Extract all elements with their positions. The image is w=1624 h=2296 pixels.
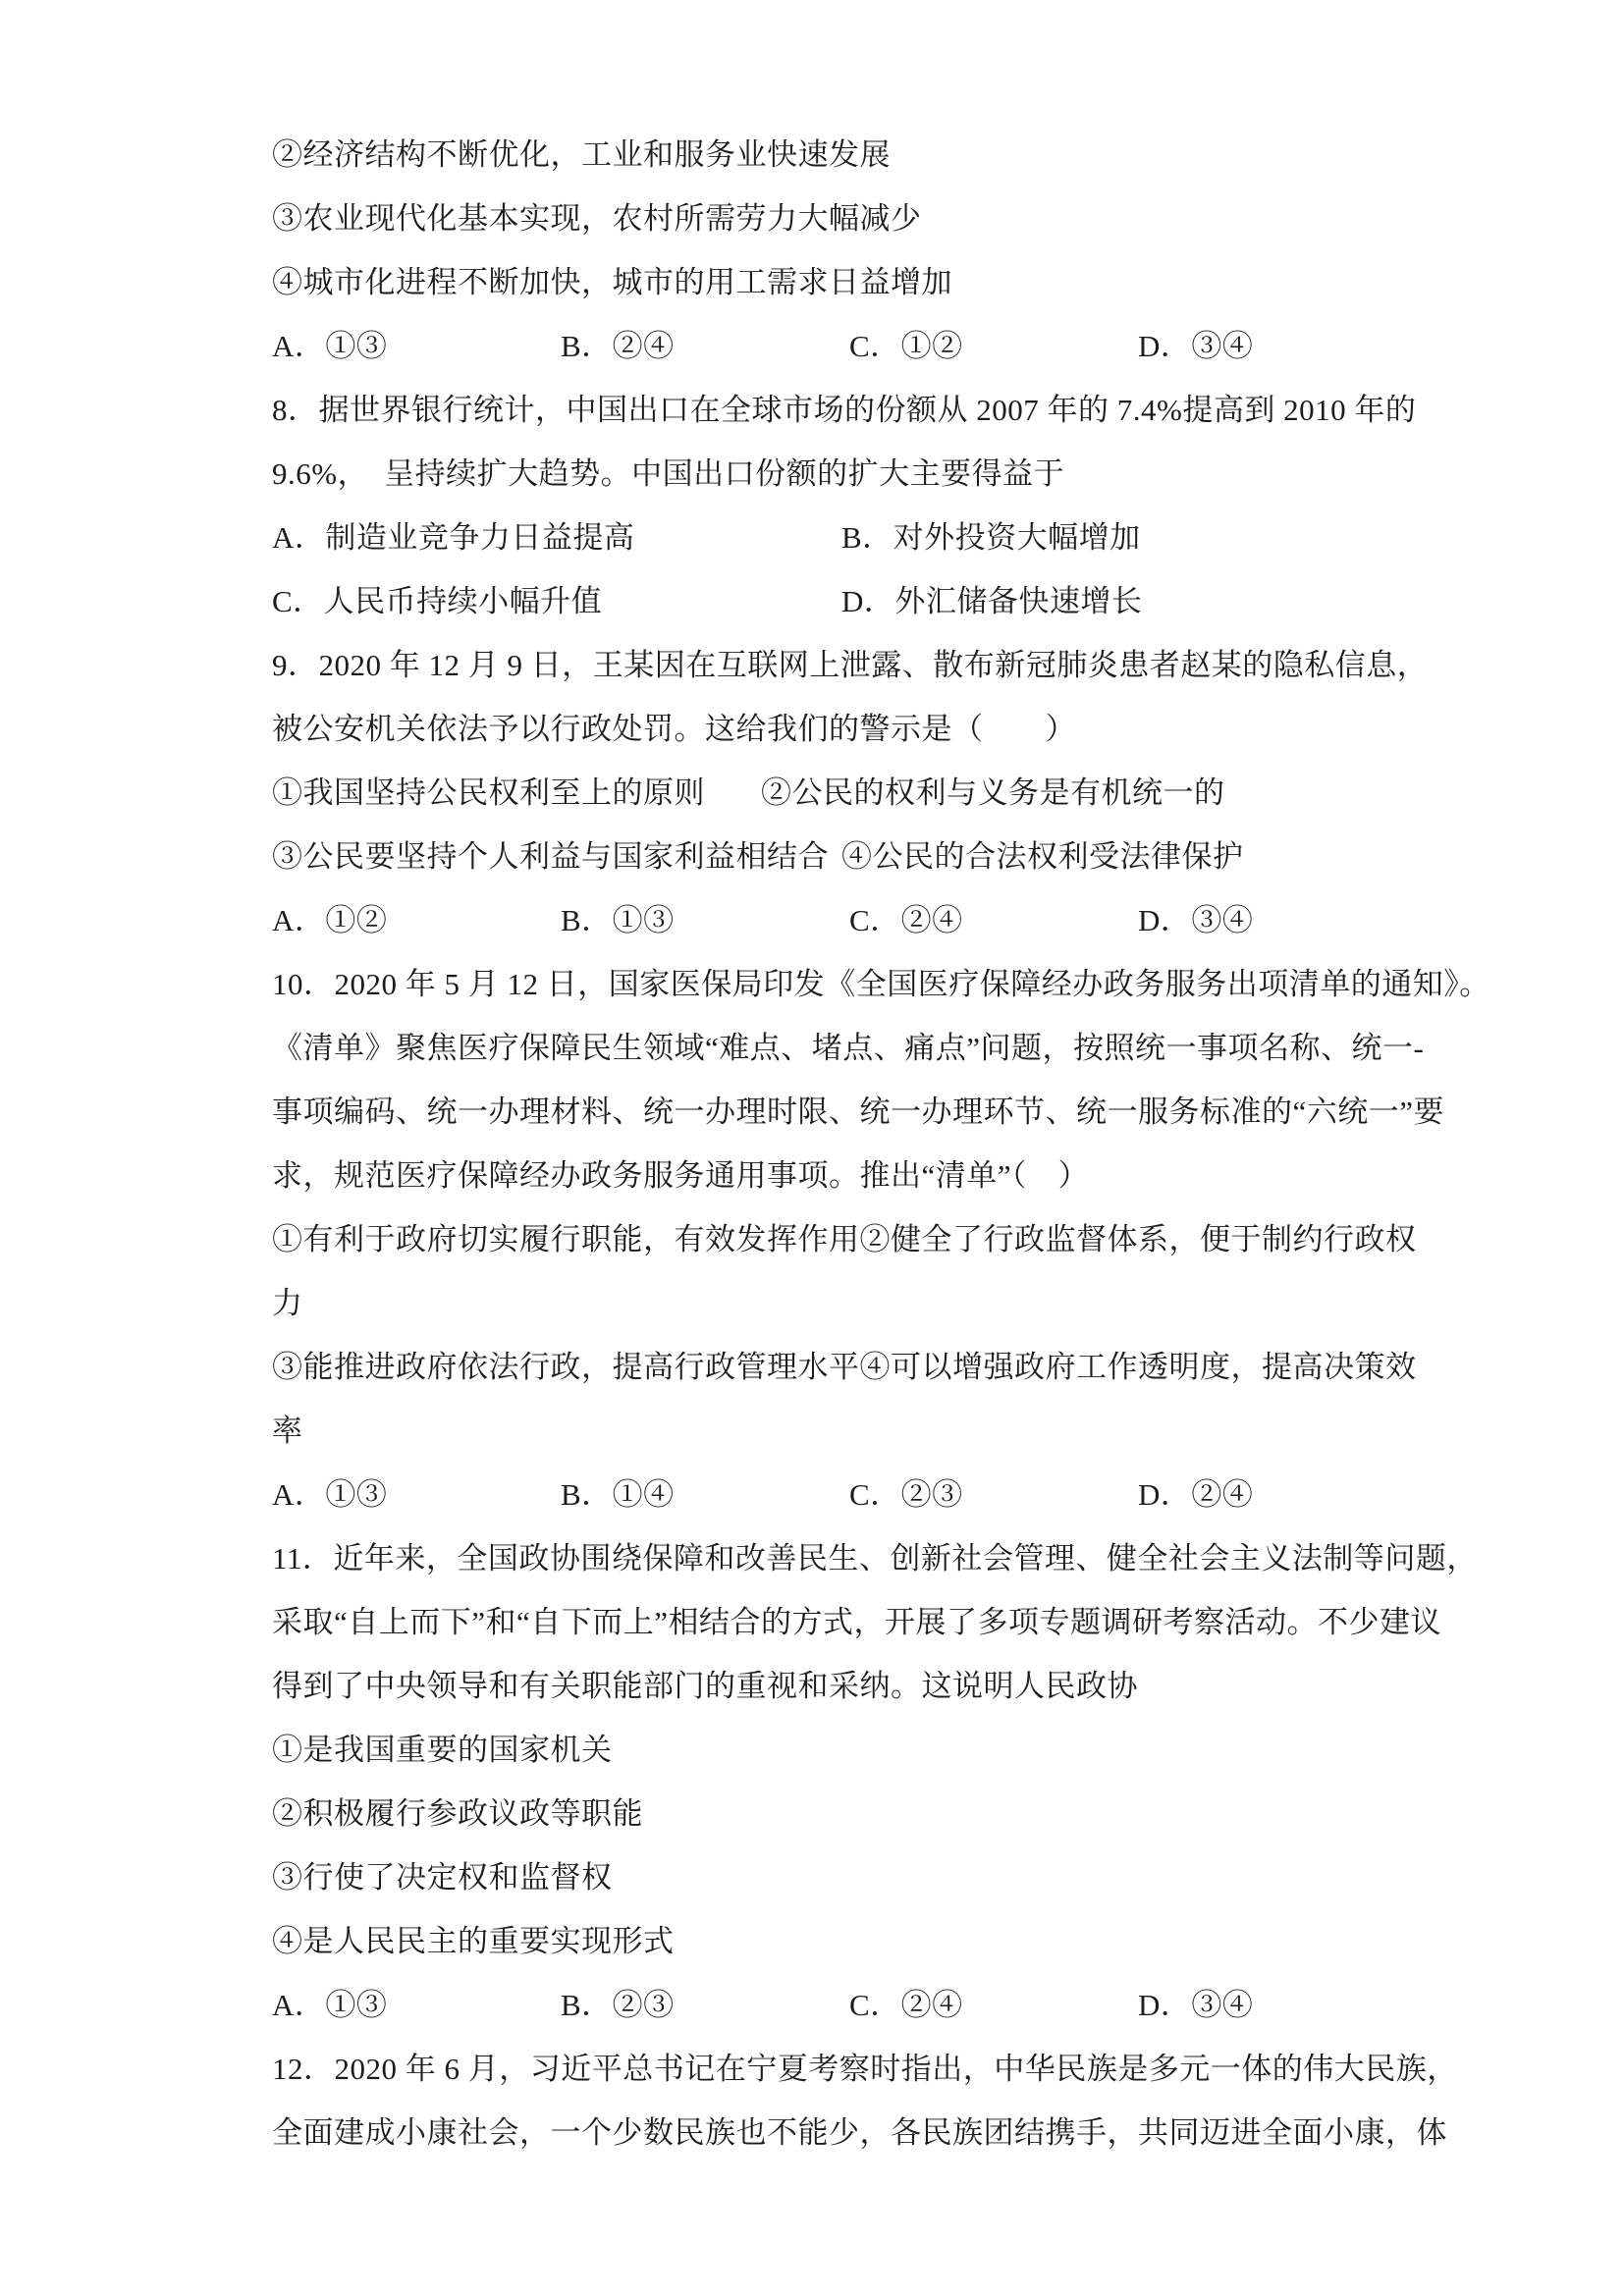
statement-line-3: ③行使了决定权和监督权 [272, 1845, 1445, 1909]
answer-options-row: C．人民币持续小幅升值 D．外汇储备快速增长 [272, 569, 1445, 633]
question-12-stem-line-2: 全面建成小康社会，一个少数民族也不能少，各民族团结携手，共同迈进全面小康，体 [272, 2101, 1445, 2164]
statement-1: ①我国坚持公民权利至上的原则 [272, 761, 761, 825]
question-11-stem-line-1: 11．近年来，全国政协围绕保障和改善民生、创新社会管理、健全社会主义法制等问题， [272, 1526, 1445, 1590]
question-10-stem-line-4: 求，规范医疗保障经办政务服务通用事项。推出“清单”（ ） [272, 1144, 1445, 1207]
question-10-stem-line-2: 《清单》聚焦医疗保障民生领域“难点、堵点、痛点”问题，按照统一事项名称、统一- [272, 1016, 1445, 1080]
option-c: C．②④ [849, 888, 1138, 952]
option-a: A．①② [272, 888, 561, 952]
answer-options-row: A．①③ B．①④ C．②③ D．②④ [272, 1463, 1445, 1526]
statement-4: ④可以增强政府工作透明度，提高决策效 [860, 1335, 1417, 1399]
question-12-partial: 12．2020 年 6 月，习近平总书记在宁夏考察时指出，中华民族是多元一体的伟… [272, 2037, 1445, 2164]
page-text-content: ②经济结构不断优化，工业和服务业快速发展 ③农业现代化基本实现，农村所需劳力大幅… [272, 123, 1445, 2164]
answer-options-row: A．①② B．①③ C．②④ D．③④ [272, 888, 1445, 952]
question-10-stem-line-1: 10．2020 年 5 月 12 日，国家医保局印发《全国医疗保障经办政务服务出… [272, 952, 1445, 1016]
statement-4: ④公民的合法权利受法律保护 [841, 825, 1244, 888]
statement-2-carry-line: 力 [272, 1271, 1445, 1335]
question-8-stem-line-2: 9.6%， 呈持续扩大趋势。中国出口份额的扩大主要得益于 [272, 442, 1445, 506]
question-9-stem-line-1: 9．2020 年 12 月 9 日，王某因在互联网上泄露、散布新冠肺炎患者赵某的… [272, 633, 1445, 697]
statement-4-carry-line: 率 [272, 1399, 1445, 1463]
option-b: B．对外投资大幅增加 [841, 506, 1141, 569]
option-a: A．①③ [272, 1463, 561, 1526]
option-c: C．②④ [849, 1973, 1138, 2037]
question-11-stem-line-2: 采取“自上而下”和“自下而上”相结合的方式，开展了多项专题调研考察活动。不少建议 [272, 1590, 1445, 1654]
statement-line-4: ④城市化进程不断加快，城市的用工需求日益增加 [272, 250, 1445, 314]
statement-1: ①有利于政府切实履行职能，有效发挥作用 [272, 1207, 860, 1271]
statement-3: ③能推进政府依法行政，提高行政管理水平 [272, 1335, 860, 1399]
answer-options-row: A．①③ B．②④ C．①② D．③④ [272, 314, 1445, 378]
question-10: 10．2020 年 5 月 12 日，国家医保局印发《全国医疗保障经办政务服务出… [272, 952, 1445, 1526]
question-9-stem-line-2: 被公安机关依法予以行政处罚。这给我们的警示是（ ） [272, 697, 1445, 761]
statement-3: ③公民要坚持个人利益与国家利益相结合 [272, 825, 841, 888]
statement-line-2: ②积极履行参政议政等职能 [272, 1782, 1445, 1845]
option-d: D．②④ [1138, 1463, 1253, 1526]
option-a: A．①③ [272, 1973, 561, 2037]
option-d: D．③④ [1138, 888, 1253, 952]
option-d: D．外汇储备快速增长 [841, 569, 1142, 633]
option-a: A．①③ [272, 314, 561, 378]
option-a: A．制造业竞争力日益提高 [272, 506, 841, 569]
statement-2: ②健全了行政监督体系，便于制约行政权 [860, 1207, 1417, 1271]
option-c: C．人民币持续小幅升值 [272, 569, 841, 633]
statement-line-4: ④是人民民主的重要实现形式 [272, 1909, 1445, 1973]
statement-2: ②公民的权利与义务是有机统一的 [761, 761, 1225, 825]
statement-row-1: ①我国坚持公民权利至上的原则 ②公民的权利与义务是有机统一的 [272, 761, 1445, 825]
question-8: 8．据世界银行统计，中国出口在全球市场的份额从 2007 年的 7.4%提高到 … [272, 378, 1445, 633]
statement-line-3: ③农业现代化基本实现，农村所需劳力大幅减少 [272, 187, 1445, 250]
statement-row-2: ③能推进政府依法行政，提高行政管理水平 ④可以增强政府工作透明度，提高决策效 [272, 1335, 1445, 1399]
statement-row-2: ③公民要坚持个人利益与国家利益相结合 ④公民的合法权利受法律保护 [272, 825, 1445, 888]
question-9: 9．2020 年 12 月 9 日，王某因在互联网上泄露、散布新冠肺炎患者赵某的… [272, 633, 1445, 952]
question-11: 11．近年来，全国政协围绕保障和改善民生、创新社会管理、健全社会主义法制等问题，… [272, 1526, 1445, 2037]
question-7-partial: ②经济结构不断优化，工业和服务业快速发展 ③农业现代化基本实现，农村所需劳力大幅… [272, 123, 1445, 378]
statement-line-2: ②经济结构不断优化，工业和服务业快速发展 [272, 123, 1445, 187]
option-d: D．③④ [1138, 1973, 1253, 2037]
statement-line-1: ①是我国重要的国家机关 [272, 1718, 1445, 1782]
answer-options-row: A．①③ B．②③ C．②④ D．③④ [272, 1973, 1445, 2037]
statement-row-1: ①有利于政府切实履行职能，有效发挥作用 ②健全了行政监督体系，便于制约行政权 [272, 1207, 1445, 1271]
exam-paper-page: ②经济结构不断优化，工业和服务业快速发展 ③农业现代化基本实现，农村所需劳力大幅… [0, 0, 1624, 2296]
question-12-stem-line-1: 12．2020 年 6 月，习近平总书记在宁夏考察时指出，中华民族是多元一体的伟… [272, 2037, 1445, 2101]
option-c: C．②③ [849, 1463, 1138, 1526]
option-d: D．③④ [1138, 314, 1253, 378]
question-11-stem-line-3: 得到了中央领导和有关职能部门的重视和采纳。这说明人民政协 [272, 1654, 1445, 1718]
answer-options-row: A．制造业竞争力日益提高 B．对外投资大幅增加 [272, 506, 1445, 569]
option-b: B．①④ [561, 1463, 849, 1526]
option-c: C．①② [849, 314, 1138, 378]
option-b: B．①③ [561, 888, 849, 952]
question-8-stem-line-1: 8．据世界银行统计，中国出口在全球市场的份额从 2007 年的 7.4%提高到 … [272, 378, 1445, 442]
option-b: B．②④ [561, 314, 849, 378]
option-b: B．②③ [561, 1973, 849, 2037]
question-10-stem-line-3: 事项编码、统一办理材料、统一办理时限、统一办理环节、统一服务标准的“六统一”要 [272, 1080, 1445, 1144]
